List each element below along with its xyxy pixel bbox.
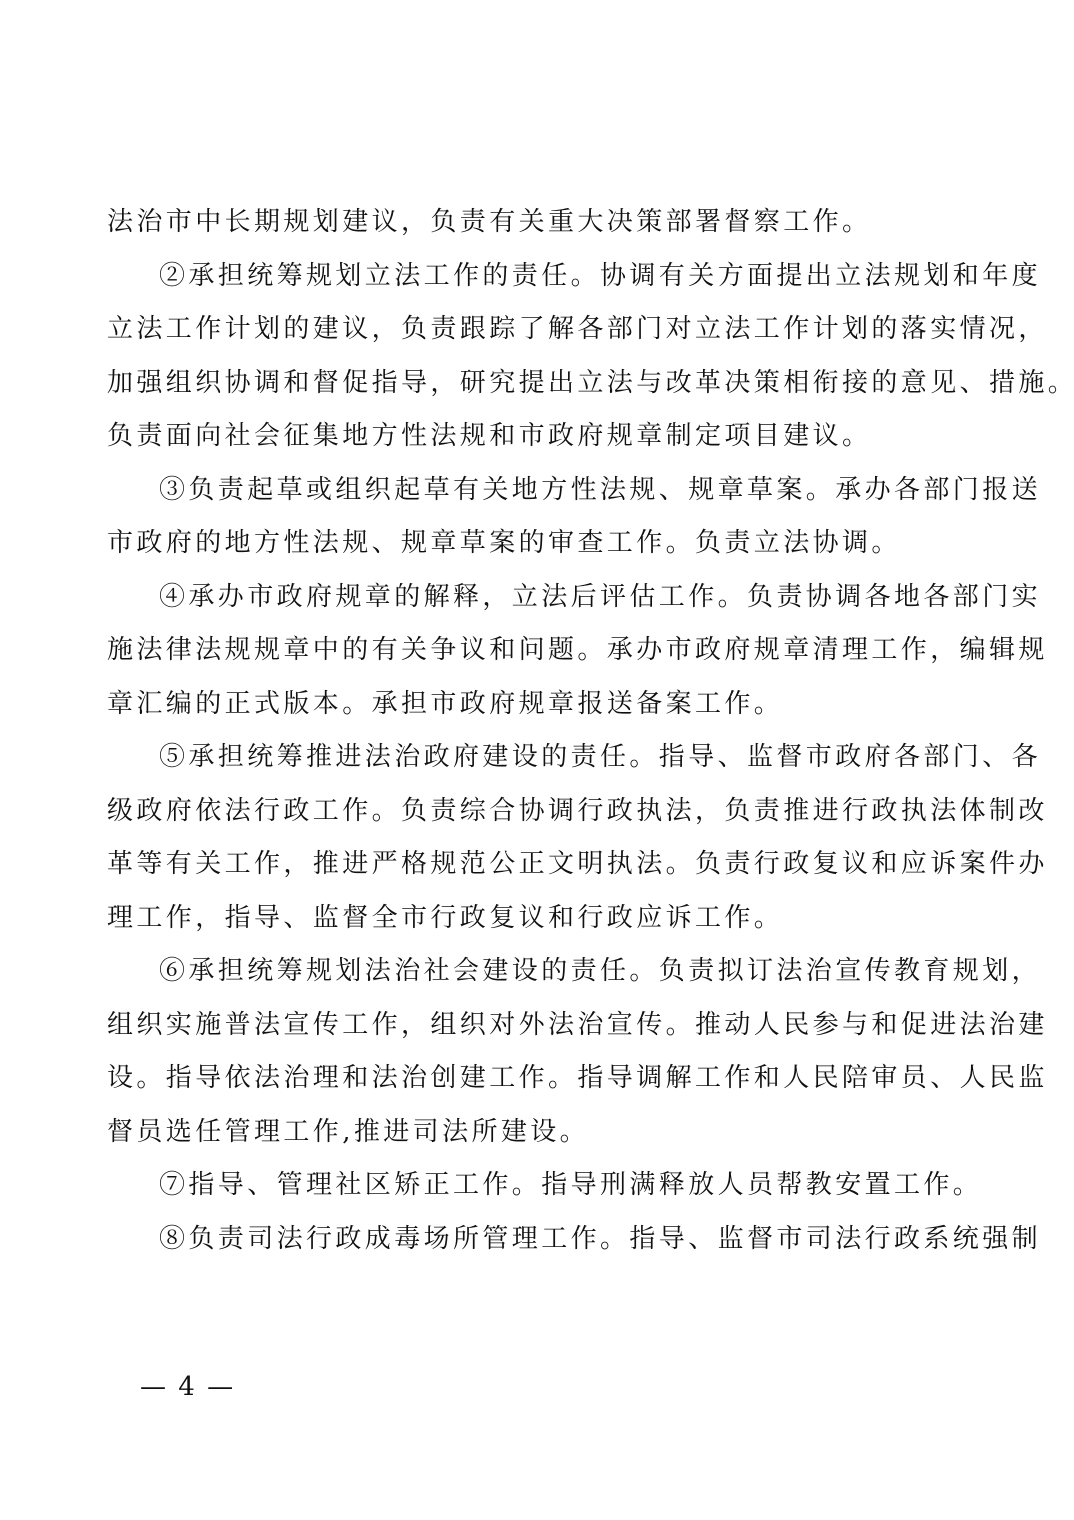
paragraph-line: 负责面向社会征集地方性法规和市政府规章制定项目建议。: [107, 410, 969, 464]
paragraph-line: ⑧负责司法行政成毒场所管理工作。指导、监督市司法行政系统强制: [107, 1213, 969, 1267]
paragraph-line: 级政府依法行政工作。负责综合协调行政执法，负责推进行政执法体制改: [107, 785, 969, 839]
paragraph-line: 市政府的地方性法规、规章草案的审查工作。负责立法协调。: [107, 517, 969, 571]
paragraph-line: 革等有关工作，推进严格规范公正文明执法。负责行政复议和应诉案件办: [107, 838, 969, 892]
paragraph-line: 施法律法规规章中的有关争议和问题。承办市政府规章清理工作，编辑规: [107, 624, 969, 678]
paragraph-line: 理工作，指导、监督全市行政复议和行政应诉工作。: [107, 892, 969, 946]
paragraph-line: 立法工作计划的建议，负责跟踪了解各部门对立法工作计划的落实情况，: [107, 303, 969, 357]
paragraph-line: ⑦指导、管理社区矫正工作。指导刑满释放人员帮教安置工作。: [107, 1159, 969, 1213]
document-body: 法治市中长期规划建议，负责有关重大决策部署督察工作。 ②承担统筹规划立法工作的责…: [107, 196, 969, 1266]
document-page: 法治市中长期规划建议，负责有关重大决策部署督察工作。 ②承担统筹规划立法工作的责…: [0, 0, 1074, 1520]
paragraph-line: 设。指导依法治理和法治创建工作。指导调解工作和人民陪审员、人民监: [107, 1052, 969, 1106]
paragraph-line: 加强组织协调和督促指导，研究提出立法与改革决策相衔接的意见、措施。: [107, 357, 969, 411]
page-number: — 4 —: [140, 1372, 235, 1402]
paragraph-line: ⑥承担统筹规划法治社会建设的责任。负责拟订法治宣传教育规划，: [107, 945, 969, 999]
paragraph-line: 章汇编的正式版本。承担市政府规章报送备案工作。: [107, 678, 969, 732]
paragraph-line: 法治市中长期规划建议，负责有关重大决策部署督察工作。: [107, 196, 969, 250]
paragraph-line: ②承担统筹规划立法工作的责任。协调有关方面提出立法规划和年度: [107, 250, 969, 304]
paragraph-line: ④承办市政府规章的解释，立法后评估工作。负责协调各地各部门实: [107, 571, 969, 625]
paragraph-line: 组织实施普法宣传工作，组织对外法治宣传。推动人民参与和促进法治建: [107, 999, 969, 1053]
paragraph-line: ⑤承担统筹推进法治政府建设的责任。指导、监督市政府各部门、各: [107, 731, 969, 785]
paragraph-line: ③负责起草或组织起草有关地方性法规、规章草案。承办各部门报送: [107, 464, 969, 518]
paragraph-line: 督员选任管理工作,推进司法所建设。: [107, 1106, 969, 1160]
